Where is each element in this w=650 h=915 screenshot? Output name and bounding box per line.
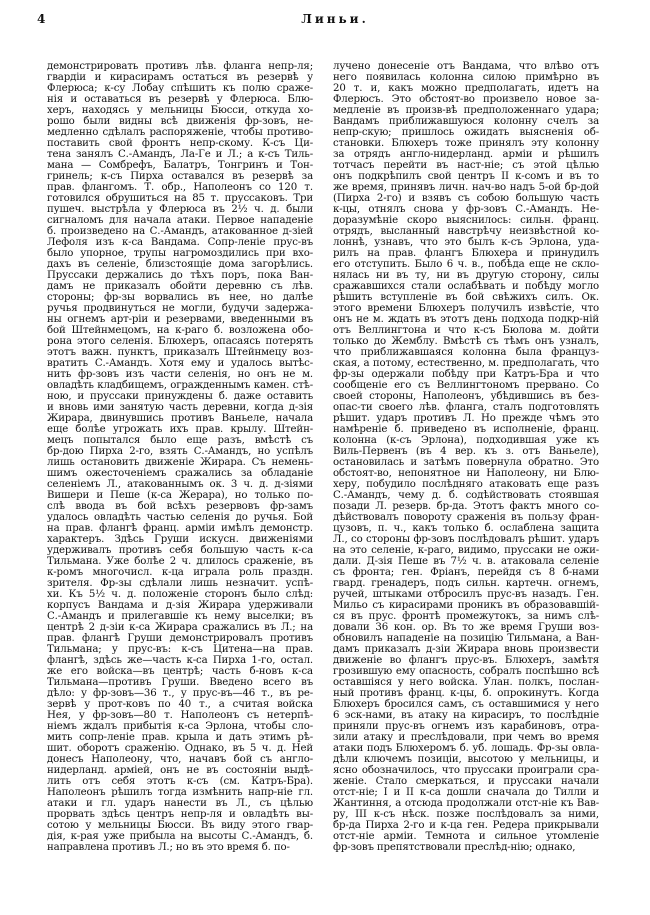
text-line: к-ромъ многочисл. к-ца играла роль празд… [47, 567, 313, 578]
text-line: дѣйствовалъ повороту сраженія въ пользу … [333, 512, 599, 523]
text-line: рѣшить вступленіе въ бой свѣжихъ силъ. О… [333, 292, 599, 303]
text-line: направлена противъ Л.; но въ это время б… [47, 842, 313, 853]
text-line: рошо были видны всѣ движенія фр-зовъ, не… [47, 116, 313, 127]
text-line: дамъ не приказалъ обойти деревню съ лѣв. [47, 281, 313, 292]
text-line: Тильмана. Уже болѣе 2 ч. длилось сражені… [47, 556, 313, 567]
text-line: херу, побудило послѣдняго атаковать еще … [333, 479, 599, 490]
text-line: съ фронта; ген. Фріанъ, перейдя съ 8 б-н… [333, 567, 599, 578]
running-title: Линьи. [0, 12, 650, 26]
text-line: зили атаку и преслѣдовали, при чемъ во в… [333, 732, 599, 743]
text-line: Вандамъ приближавшуюся колонну счелъ за [333, 116, 599, 127]
text-line: лоннѣ, узнавъ, что это былъ к-съ Эрлона,… [333, 237, 599, 248]
text-line: фр-зовъ препятствовали преслѣд-нію; одна… [333, 842, 599, 853]
text-line: Флерюса; к-су Лобау спѣшить къ полю сраж… [47, 83, 313, 94]
text-line: С.-Амандъ, чему д. б. содѣйствовать стоя… [333, 490, 599, 501]
text-line: зервѣ у прот-ковъ по 40 т., а считая вой… [47, 699, 313, 710]
text-line: рилъ на прав. флангъ Блюхера и принудилъ [333, 248, 599, 259]
text-line: на прав. флангѣ франц. арміи имѣлъ демон… [47, 523, 313, 534]
text-line: донесъ Наполеону, что, начавъ бой съ анг… [47, 754, 313, 765]
text-line: центрѣ 2 д-зіи к-са Жирара сражались въ … [47, 622, 313, 633]
text-line: прав. флангомъ. Т. обр., Наполеонъ со 12… [47, 182, 313, 193]
text-line: Тильмана; у прус-въ: к-съ Цитена—на прав… [47, 644, 313, 655]
text-line: и вновь ими занятую часть деревни, когда… [47, 402, 313, 413]
text-line: довали 36 кон. ор. Въ то же время Груши … [333, 622, 599, 633]
text-line: Жирара, двинувшись противъ Ваньеле, нача… [47, 413, 313, 424]
text-line: херъ, находясь у мельницы Бюсси, откуда … [47, 105, 313, 116]
text-line: к-цы, отнялъ снова у фр-зовъ С.-Амандъ. … [333, 204, 599, 215]
text-line: шимъ ожесточеніемъ сражались за обладані… [47, 468, 313, 479]
text-line: Жантиння, а отсюда продолжали отст-ніе к… [333, 798, 599, 809]
text-line: лишь остановить движеніе Жирара. Съ неме… [47, 457, 313, 468]
text-line: хи. Къ 5½ ч. д. положеніе сторонъ было с… [47, 589, 313, 600]
text-line: поставить свой фронтъ непр-скому. К-съ Ц… [47, 138, 313, 149]
text-line: за отрядъ англо-нидерланд. арміи и рѣшил… [333, 149, 599, 160]
text-line: Наполеонъ рѣшилъ тогда измѣнить напр-ніе… [47, 787, 313, 798]
text-line: мецъ попытался было еще разъ, вмѣстѣ съ [47, 435, 313, 446]
text-line: стороны; фр-зы ворвались въ нее, но далѣ… [47, 292, 313, 303]
text-line: дахъ въ селеніе, близстоящіе дома загорѣ… [47, 259, 313, 270]
text-line: ская, а потому, естественно, м. предпола… [333, 358, 599, 369]
text-line: Вишери и Пеше (к-са Жерара), но только п… [47, 490, 313, 501]
text-line: него появилась колонна силою примѣрно въ [333, 72, 599, 83]
text-line: грозившую ему опасность, собралъ поспѣшн… [333, 666, 599, 677]
text-line: бой Штейнмецомъ, на к-раго б. возложена … [47, 325, 313, 336]
text-line: Нея, у фр-зовъ—80 т. Наполеонъ съ нетерп… [47, 710, 313, 721]
text-line: прав. флангѣ Груши демонстрировалъ проти… [47, 633, 313, 644]
text-line: (Пирха 2-го) и взявъ съ собою большую ча… [333, 193, 599, 204]
text-line: колонна (к-съ Эрлона), подходившая уже к… [333, 435, 599, 446]
text-line: 6 эск-нами, въ атаку на кирасиръ, то пос… [333, 710, 599, 721]
text-line: этого времени Блюхеръ получилъ извѣстіе,… [333, 303, 599, 314]
text-line: зрителя. Фр-зы сдѣлали лишь незначит. ус… [47, 578, 313, 589]
text-line: атаки подъ Блюхеромъ б. уб. лошадь. Фр-з… [333, 743, 599, 754]
text-line: готовился обрушиться на 85 т. пруссаковъ… [47, 193, 313, 204]
text-line: обновилъ нападеніе на позицію Тильмана, … [333, 633, 599, 644]
text-line: лить отъ себя этотъ к-съ (см. Катръ-Бра)… [47, 776, 313, 787]
text-line: Блюхеръ бросился самъ, съ оставшимися у … [333, 699, 599, 710]
text-line: движеніе во флангъ прус-въ. Блюхеръ, зам… [333, 655, 599, 666]
text-line: гринель; к-съ Пирха оставался въ резервѣ… [47, 171, 313, 182]
text-line: отст-ніе арміи. Темнота и сильное утомле… [333, 831, 599, 842]
text-line: только до Жемблу. Вмѣстѣ съ тѣмъ онъ узн… [333, 336, 599, 347]
text-line: сражавшихся стали ослабѣвать и побѣду мо… [333, 281, 599, 292]
text-line: приняли прус-въ огнемъ изъ карабиновъ, о… [333, 721, 599, 732]
text-line: нія и оставаться въ резервѣ у Флерюса. Б… [47, 94, 313, 105]
text-line: сообщеніе его съ Веллингтономъ прервано.… [333, 380, 599, 391]
text-line: онъ подкрѣпилъ свой центръ II к-сомъ и в… [333, 171, 599, 182]
text-line: отрядъ, высланный навстрѣчу неизвѣстной … [333, 226, 599, 237]
text-line: опас-ти своего лѣв. фланга, сталъ подгот… [333, 402, 599, 413]
text-line: Флерюсъ. Это обстоят-во произвело новое … [333, 94, 599, 105]
text-line: нить фр-зовъ изъ части селенія, но онъ н… [47, 369, 313, 380]
text-line: прорвать здѣсь центръ непр-ля и овладѣть… [47, 809, 313, 820]
text-line: гвардіи и кирасирамъ остаться въ резервѣ… [47, 72, 313, 83]
text-column-left: демонстрировать противъ лѣв. фланга непр… [47, 61, 313, 853]
text-line: позади Л. резерв. бр-да. Этотъ фактъ мно… [333, 501, 599, 512]
text-line: нялась ни въ ту, ни въ другую сторону, с… [333, 270, 599, 281]
text-line: рона этого селенія. Блюхеръ, опасаясь по… [47, 336, 313, 347]
text-line: мить сопр-леніе прав. крыла и дать этимъ… [47, 732, 313, 743]
text-line: отст-ніе; I и II к-са дошли сначала до Т… [333, 787, 599, 798]
text-line: слѣ ввода въ бой всѣхъ резервовъ фр-замъ [47, 501, 313, 512]
text-line: же время, принявъ личн. нач-во надъ 5-ой… [333, 182, 599, 193]
text-line: удерживалъ противъ себя большую часть к-… [47, 545, 313, 556]
text-line: мана — Сомбрефъ, Балатръ, Тонгринъ и Тон… [47, 160, 313, 171]
text-line: этотъ важн. пунктъ, приказалъ Штейнмецу … [47, 347, 313, 358]
text-line: б. произведено на С.-Амандъ, атакованное… [47, 226, 313, 237]
text-line: бр-да Пирха 2-го и к-ца ген. Редера прик… [333, 820, 599, 831]
text-line: корпусъ Вандама и д-зія Жирара удерживал… [47, 600, 313, 611]
text-line: на это селеніе, к-раго, видимо, пруссаки… [333, 545, 599, 556]
text-line: С.-Амандъ и прилегавшіе къ нему выселки;… [47, 611, 313, 622]
text-line: медленно сдѣлалъ распоряженіе, чтобы про… [47, 127, 313, 138]
text-line: ніемъ ждалъ прибытія к-са Эрлона, чтобы … [47, 721, 313, 732]
text-line: ся въ прус. фронтѣ промежутокъ, за нимъ … [333, 611, 599, 622]
text-line: Пруссаки держались до тѣхъ поръ, пока Ва… [47, 270, 313, 281]
text-line: шит. оборотъ сраженію. Однако, въ 5 ч. д… [47, 743, 313, 754]
text-line: Виль-Первенъ (въ 4 вер. къ з. отъ Ваньел… [333, 446, 599, 457]
text-line: намѣреніе б. приведено въ исполненіе, фр… [333, 424, 599, 435]
text-line: Лефоля изъ к-са Вандама. Сопр-леніе прус… [47, 237, 313, 248]
text-line: фр-зы одержали побѣду при Катръ-Бра и чт… [333, 369, 599, 380]
text-line: ясно обозначилось, что пруссаки проиграл… [333, 765, 599, 776]
text-line: ны огнемъ арт-ріи и резервами, введенным… [47, 314, 313, 325]
text-line: оставшіяся у него войска. Улан. полкъ, п… [333, 677, 599, 688]
text-line: дамъ приказалъ д-зіи Жирара вновь произв… [333, 644, 599, 655]
text-line: цузовъ, п. ч., какъ только б. ослаблена … [333, 523, 599, 534]
text-line: отъ Веллингтона и что к-съ Бюлова м. дой… [333, 325, 599, 336]
text-line: дѣли ключемъ позиціи, высотою у мельницы… [333, 754, 599, 765]
text-line: флангѣ, здѣсь же—часть к-са Пирха 1-го, … [47, 655, 313, 666]
text-line: 20 т. и, какъ можно предполагать, идетъ … [333, 83, 599, 94]
text-column-right: лучено донесеніе отъ Вандама, что влѣво … [333, 61, 599, 853]
text-line: онъ не м. ждать въ этотъ день подхода по… [333, 314, 599, 325]
text-line: характеръ. Здѣсь Груши искусн. движеніям… [47, 534, 313, 545]
text-line: ручей, штыками отбросилъ прус-въ назадъ.… [333, 589, 599, 600]
text-line: было упорное, трупы нагромоздились при в… [47, 248, 313, 259]
text-line: дали. Д-зія Пеше въ 7½ ч. в. атаковала с… [333, 556, 599, 567]
text-line: своей стороны, Наполеонъ, убѣдившись въ … [333, 391, 599, 402]
text-line: Мильо съ кирасирами проникъ въ образовав… [333, 600, 599, 611]
text-line: тотчасъ перейти въ наст-ніе; съ этой цѣл… [333, 160, 599, 171]
text-line: лучено донесеніе отъ Вандама, что влѣво … [333, 61, 599, 72]
text-line: гвард. гренадеръ, подъ сильн. картечн. о… [333, 578, 599, 589]
text-line: удалось овладѣть частью селенія до ручья… [47, 512, 313, 523]
text-line: атаки и гл. ударъ нанести въ Л., съ цѣль… [47, 798, 313, 809]
text-line: сотою у мельницы Бюсси. Въ виду этого гв… [47, 820, 313, 831]
text-line: доразумѣніе скоро выяснилось: сильн. фра… [333, 215, 599, 226]
text-line: медленіе въ произв-вѣ предположеннаго уд… [333, 105, 599, 116]
text-line: же его войска—въ центрѣ; часть б-новъ к-… [47, 666, 313, 677]
text-line: дѣло: у фр-зовъ—36 т., у прус-въ—46 т., … [47, 688, 313, 699]
text-line: становки. Блюхеръ тоже принялъ эту колон… [333, 138, 599, 149]
text-line: нидерланд. арміей, онъ не въ состояніи в… [47, 765, 313, 776]
text-line: ный противъ франц. к-цы, б. опрокинутъ. … [333, 688, 599, 699]
text-line: женіе. Стало смеркаться, и пруссаки нача… [333, 776, 599, 787]
text-line: бр-дою Пирха 2-го, взять С.-Амандъ, но у… [47, 446, 313, 457]
text-line: вратить С.-Амандъ. Хотя ему и удалось вы… [47, 358, 313, 369]
text-line: демонстрировать противъ лѣв. фланга непр… [47, 61, 313, 72]
text-line: тена занялъ С.-Амандъ, Ла-Ге и Л.; а к-с… [47, 149, 313, 160]
text-line: что приближавшаяся колонна была француз- [333, 347, 599, 358]
text-line: ною, и пруссаки принуждены б. даже остав… [47, 391, 313, 402]
text-line: остановилась и затѣмъ повернула обратно.… [333, 457, 599, 468]
text-line: непр-скую; пришлось ожидать выясненія об… [333, 127, 599, 138]
text-line: ручья продвинуться не могли, будучи заде… [47, 303, 313, 314]
text-line: еще болѣе угрожать ихъ прав. крылу. Штей… [47, 424, 313, 435]
text-line: сигналомъ для начала атаки. Первое напад… [47, 215, 313, 226]
text-line: Тильмана—противъ Груши. Введено всего въ [47, 677, 313, 688]
text-line: рѣшит. ударъ противъ Л. Но прежде чѣмъ э… [333, 413, 599, 424]
text-line: ру, III к-съ нѣск. позже послѣдовалъ за … [333, 809, 599, 820]
text-line: пушеч. выстрѣла у Флерюса въ 2½ ч. д. бы… [47, 204, 313, 215]
text-line: селеніемъ Л., атакованнымъ ок. 3 ч. д. д… [47, 479, 313, 490]
text-line: овладѣть кладбищемъ, огражденнымъ камен.… [47, 380, 313, 391]
text-line: обстоят-во, непонятное ни Наполеону, ни … [333, 468, 599, 479]
text-line: его отступить. Было 6 ч. в., побѣда еще … [333, 259, 599, 270]
text-line: Л., со стороны фр-зовъ послѣдовалъ рѣшит… [333, 534, 599, 545]
text-line: дія, к-рая уже прибыла на высоты С.-Аман… [47, 831, 313, 842]
